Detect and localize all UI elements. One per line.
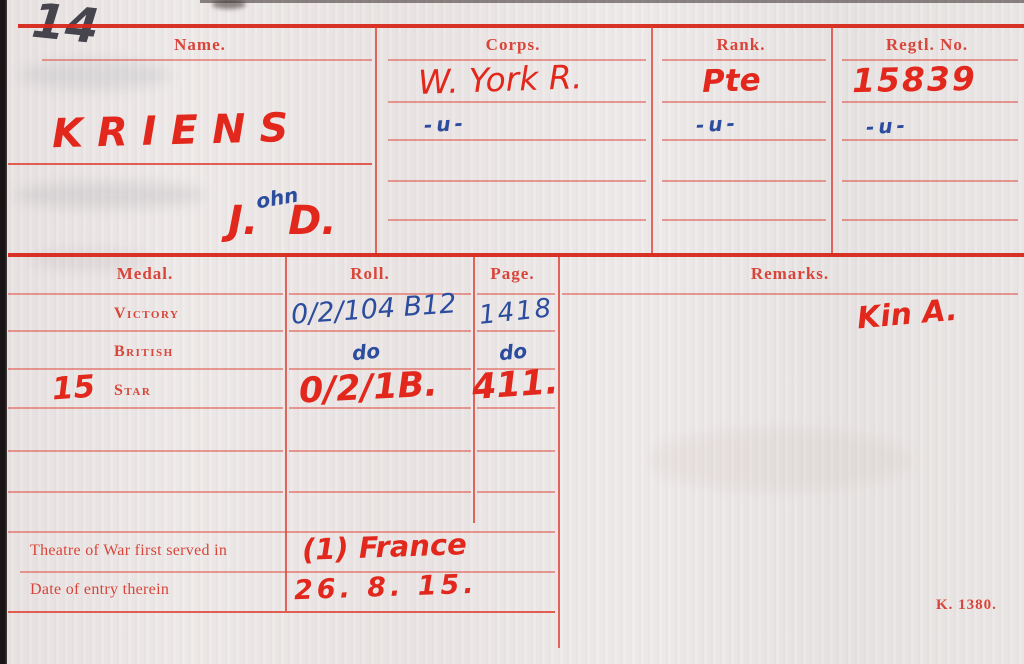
- star-page-value: 411.: [471, 362, 560, 408]
- header-regtl-no: Regtl. No.: [857, 35, 997, 55]
- divider-medal-roll: [285, 257, 287, 611]
- header-medal: Medal.: [85, 264, 205, 284]
- rule-under-surname: [8, 163, 372, 165]
- ditto-regtl-no: -u-: [865, 113, 909, 139]
- rule: [842, 101, 1018, 103]
- rule: [8, 330, 283, 332]
- showthrough-smudge: [15, 182, 205, 208]
- rule: [289, 491, 471, 493]
- forename-initials: J. ohn D.: [228, 198, 336, 244]
- rule: [8, 491, 283, 493]
- medal-label-british: British: [114, 343, 174, 361]
- rule: [662, 219, 826, 221]
- showthrough-smudge: [650, 430, 910, 490]
- rule: [8, 407, 283, 409]
- divider-name-corps: [375, 27, 377, 255]
- medal-label-star: Star: [114, 382, 151, 400]
- medal-index-card: 14 Name. Corps. Rank. Re: [0, 0, 1024, 664]
- header-page: Page.: [465, 264, 560, 284]
- card-left-edge: [0, 0, 7, 664]
- rule: [8, 450, 283, 452]
- theatre-of-war-value: (1) France: [301, 527, 467, 567]
- rule: [388, 139, 646, 141]
- rule-section-divider: [8, 253, 1024, 257]
- rule: [477, 330, 555, 332]
- rule: [477, 450, 555, 452]
- rule: [388, 219, 646, 221]
- date-of-entry-label: Date of entry therein: [30, 581, 169, 599]
- corps-value: W. York R.: [417, 57, 582, 102]
- rule: [289, 450, 471, 452]
- initial-j: J.: [228, 198, 258, 244]
- surname-value: KRIENS: [51, 105, 302, 158]
- rule: [842, 180, 1018, 182]
- victory-page-value: 1418: [478, 293, 555, 331]
- rule: [388, 180, 646, 182]
- rule: [662, 180, 826, 182]
- british-page-ditto: do: [498, 339, 528, 366]
- rank-value: Pte: [701, 62, 761, 100]
- ditto-rank: -u-: [695, 111, 739, 137]
- divider-page-remarks: [558, 257, 560, 648]
- regtl-no-value: 15839: [852, 59, 977, 100]
- star-prefix-15: 15: [51, 369, 97, 408]
- header-remarks: Remarks.: [720, 264, 860, 284]
- theatre-of-war-label: Theatre of War first served in: [30, 542, 227, 560]
- rule: [842, 139, 1018, 141]
- rule: [8, 368, 283, 370]
- rule: [477, 491, 555, 493]
- rule: [289, 330, 471, 332]
- ditto-corps: -u-: [423, 111, 467, 137]
- rule: [662, 59, 826, 61]
- divider-rank-regtl: [831, 27, 833, 255]
- header-rank: Rank.: [681, 35, 801, 55]
- victory-roll-value: 0/2/104 B12: [290, 288, 457, 330]
- header-name: Name.: [140, 35, 260, 55]
- medal-label-victory: Victory: [114, 305, 179, 323]
- rule: [662, 139, 826, 141]
- rule: [8, 531, 555, 533]
- remarks-note: Kin A.: [856, 293, 959, 337]
- rule: [42, 59, 372, 61]
- divider-corps-rank: [651, 27, 653, 255]
- form-number: K. 1380.: [936, 597, 997, 614]
- header-roll: Roll.: [310, 264, 430, 284]
- rule: [477, 407, 555, 409]
- rule-top: [18, 24, 1024, 28]
- star-roll-value: 0/2/1B.: [298, 364, 439, 411]
- header-corps: Corps.: [453, 35, 573, 55]
- showthrough-smudge: [20, 60, 170, 90]
- date-of-entry-value: 26. 8. 15.: [294, 569, 478, 606]
- rule-bottom: [8, 611, 555, 613]
- rule: [662, 101, 826, 103]
- british-roll-ditto: do: [351, 339, 381, 366]
- rule: [842, 219, 1018, 221]
- rule: [8, 293, 283, 295]
- card-top-edge: [200, 0, 1024, 3]
